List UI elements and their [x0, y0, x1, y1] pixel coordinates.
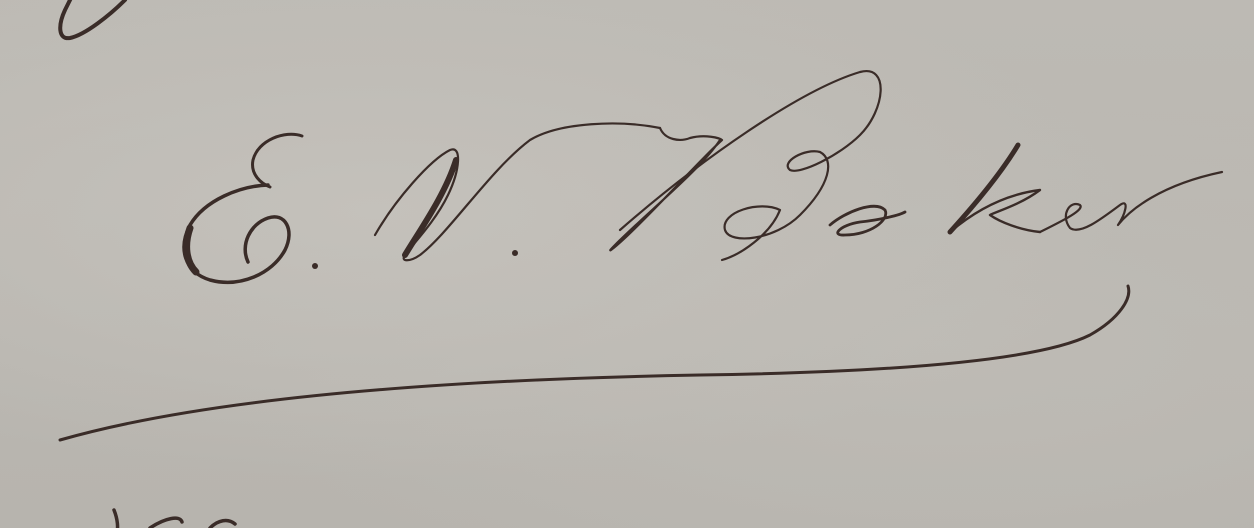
letter-k [950, 145, 1018, 232]
letter-a [830, 206, 905, 235]
top-left-fragment [60, 0, 125, 38]
paper-background: E. V. Baker [0, 0, 1254, 528]
letter-B-stem [610, 128, 722, 250]
letter-B-loop [620, 71, 881, 260]
letter-er [1040, 172, 1222, 232]
bottom-left-fragment [114, 510, 235, 528]
letter-E-body [184, 185, 289, 282]
letter-E-top [253, 134, 302, 187]
signature-drawing [0, 0, 1254, 528]
underline-flourish [60, 286, 1129, 440]
